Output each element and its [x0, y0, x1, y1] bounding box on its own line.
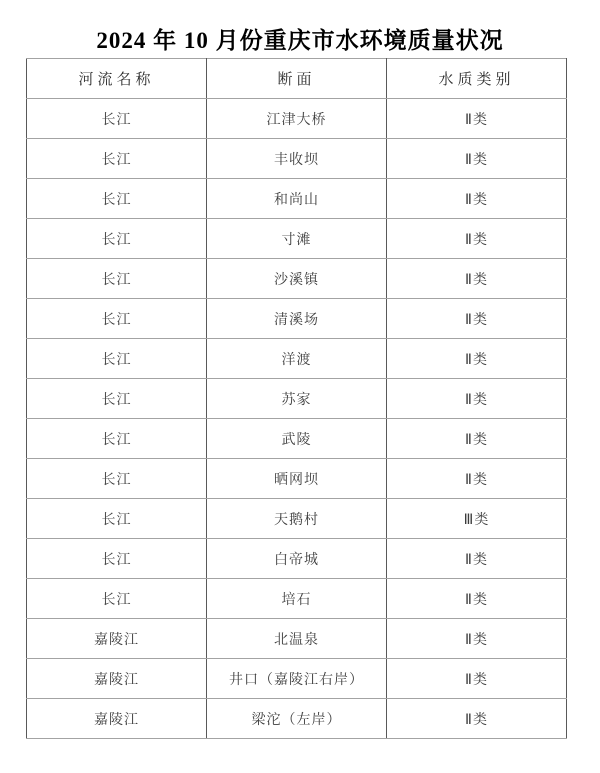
cell-river: 长江	[27, 379, 207, 419]
page-title: 2024 年 10 月份重庆市水环境质量状况	[26, 22, 574, 55]
table-row: 长江 清溪场 Ⅱ类	[27, 299, 567, 339]
cell-section: 丰收坝	[207, 139, 387, 179]
cell-category: Ⅱ类	[387, 659, 567, 699]
table-row: 长江 天鹅村 Ⅲ类	[27, 499, 567, 539]
cell-section: 寸滩	[207, 219, 387, 259]
cell-section: 培石	[207, 579, 387, 619]
cell-category: Ⅱ类	[387, 539, 567, 579]
table-row: 长江 培石 Ⅱ类	[27, 579, 567, 619]
water-quality-table: 河流名称 断面 水质类别 长江 江津大桥 Ⅱ类 长江 丰收坝 Ⅱ类 长江 和尚山…	[26, 58, 567, 739]
cell-river: 嘉陵江	[27, 659, 207, 699]
cell-category: Ⅱ类	[387, 339, 567, 379]
cell-section: 江津大桥	[207, 99, 387, 139]
cell-river: 嘉陵江	[27, 699, 207, 739]
cell-section: 清溪场	[207, 299, 387, 339]
cell-section: 梁沱（左岸）	[207, 699, 387, 739]
cell-section: 和尚山	[207, 179, 387, 219]
table-row: 长江 白帝城 Ⅱ类	[27, 539, 567, 579]
cell-category: Ⅱ类	[387, 419, 567, 459]
cell-river: 长江	[27, 299, 207, 339]
table-header: 河流名称 断面 水质类别	[27, 59, 567, 99]
table-row: 长江 和尚山 Ⅱ类	[27, 179, 567, 219]
cell-section: 苏家	[207, 379, 387, 419]
cell-section: 天鹅村	[207, 499, 387, 539]
cell-river: 长江	[27, 99, 207, 139]
cell-river: 长江	[27, 259, 207, 299]
table-row: 长江 武陵 Ⅱ类	[27, 419, 567, 459]
column-header-section: 断面	[207, 59, 387, 99]
table-row: 长江 寸滩 Ⅱ类	[27, 219, 567, 259]
cell-category: Ⅱ类	[387, 299, 567, 339]
table-row: 嘉陵江 井口（嘉陵江右岸） Ⅱ类	[27, 659, 567, 699]
cell-category: Ⅱ类	[387, 699, 567, 739]
cell-river: 长江	[27, 579, 207, 619]
cell-section: 井口（嘉陵江右岸）	[207, 659, 387, 699]
column-header-category: 水质类别	[387, 59, 567, 99]
cell-river: 嘉陵江	[27, 619, 207, 659]
cell-category: Ⅱ类	[387, 459, 567, 499]
table-row: 长江 洋渡 Ⅱ类	[27, 339, 567, 379]
table-row: 长江 苏家 Ⅱ类	[27, 379, 567, 419]
table-row: 嘉陵江 北温泉 Ⅱ类	[27, 619, 567, 659]
cell-river: 长江	[27, 459, 207, 499]
cell-section: 武陵	[207, 419, 387, 459]
cell-category: Ⅱ类	[387, 619, 567, 659]
cell-section: 白帝城	[207, 539, 387, 579]
cell-river: 长江	[27, 419, 207, 459]
cell-category: Ⅱ类	[387, 579, 567, 619]
cell-category: Ⅱ类	[387, 259, 567, 299]
table-row: 长江 丰收坝 Ⅱ类	[27, 139, 567, 179]
cell-river: 长江	[27, 539, 207, 579]
cell-section: 北温泉	[207, 619, 387, 659]
cell-category: Ⅲ类	[387, 499, 567, 539]
table-row: 长江 江津大桥 Ⅱ类	[27, 99, 567, 139]
cell-river: 长江	[27, 179, 207, 219]
cell-category: Ⅱ类	[387, 99, 567, 139]
table-row: 嘉陵江 梁沱（左岸） Ⅱ类	[27, 699, 567, 739]
cell-category: Ⅱ类	[387, 139, 567, 179]
column-header-river: 河流名称	[27, 59, 207, 99]
table-header-row: 河流名称 断面 水质类别	[27, 59, 567, 99]
table-row: 长江 晒网坝 Ⅱ类	[27, 459, 567, 499]
cell-river: 长江	[27, 499, 207, 539]
cell-river: 长江	[27, 339, 207, 379]
cell-section: 沙溪镇	[207, 259, 387, 299]
cell-section: 洋渡	[207, 339, 387, 379]
table-body: 长江 江津大桥 Ⅱ类 长江 丰收坝 Ⅱ类 长江 和尚山 Ⅱ类 长江 寸滩 Ⅱ类 …	[27, 99, 567, 739]
cell-category: Ⅱ类	[387, 179, 567, 219]
cell-river: 长江	[27, 219, 207, 259]
cell-river: 长江	[27, 139, 207, 179]
document-page: 2024 年 10 月份重庆市水环境质量状况 河流名称 断面 水质类别 长江 江…	[0, 0, 600, 773]
table-row: 长江 沙溪镇 Ⅱ类	[27, 259, 567, 299]
cell-category: Ⅱ类	[387, 219, 567, 259]
cell-section: 晒网坝	[207, 459, 387, 499]
cell-category: Ⅱ类	[387, 379, 567, 419]
